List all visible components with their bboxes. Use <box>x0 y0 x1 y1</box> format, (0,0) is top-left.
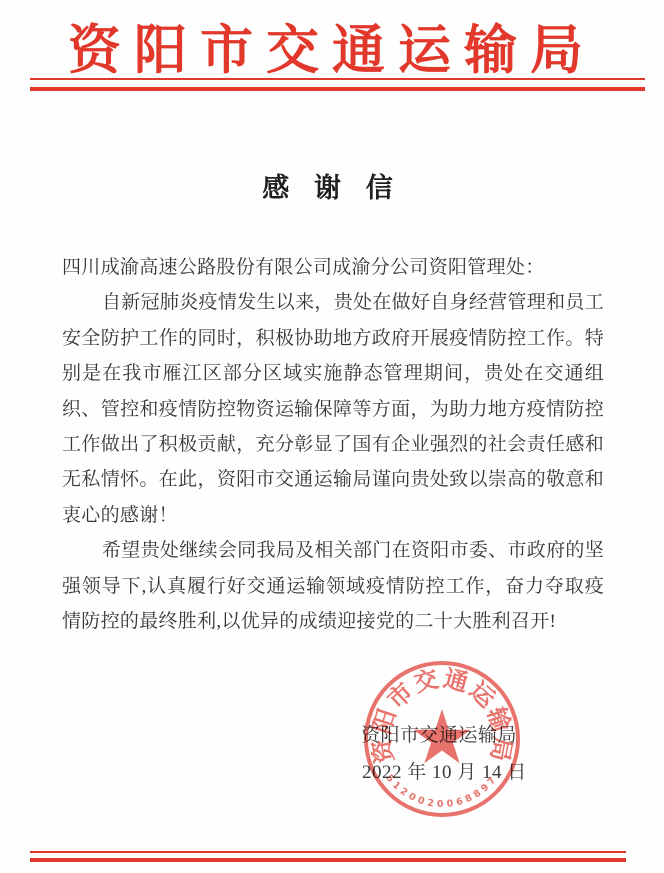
letter-body-line: 织、管控和疫情防控物资运输保障等方面，为助力地方疫情防控 <box>62 392 604 427</box>
official-seal: 资阳市交通运输局 5120020068897 <box>357 654 527 824</box>
letter-body-line: 别是在我市雁江区部分区域实施静态管理期间，贵处在交通组 <box>62 356 604 391</box>
letter-body-line: 情防控的最终胜利,以优异的成绩迎接党的二十大胜利召开! <box>62 604 604 639</box>
letter-body: 四川成渝高速公路股份有限公司成渝分公司资阳管理处： 自新冠肺炎疫情发生以来，贵处… <box>62 250 604 639</box>
letterhead-title: 资阳市交通运输局 <box>0 8 664 84</box>
letter-body-line: 无私情怀。在此，资阳市交通运输局谨向贵处致以崇高的敬意和 <box>62 462 604 497</box>
footer-divider-thin <box>30 851 626 853</box>
letter-body-line: 衷心的感谢！ <box>62 498 604 533</box>
letter-document: 资阳市交通运输局 感 谢 信 四川成渝高速公路股份有限公司成渝分公司资阳管理处：… <box>0 0 664 873</box>
letter-body-line: 工作做出了积极贡献，充分彰显了国有企业强烈的社会责任感和 <box>62 427 604 462</box>
letter-body-line: 四川成渝高速公路股份有限公司成渝分公司资阳管理处： <box>62 250 604 285</box>
letter-body-line: 自新冠肺炎疫情发生以来，贵处在做好自身经营管理和员工 <box>62 285 604 320</box>
letter-title: 感 谢 信 <box>0 166 664 205</box>
footer-divider-thick <box>30 858 626 862</box>
letter-body-line: 希望贵处继续会同我局及相关部门在资阳市委、市政府的坚 <box>62 533 604 568</box>
letter-body-line: 安全防护工作的同时，积极协助地方政府开展疫情防控工作。特 <box>62 321 604 356</box>
star-icon <box>414 709 471 763</box>
letterhead-divider-thick <box>30 87 645 91</box>
letterhead-divider-thin <box>30 78 645 80</box>
letter-body-line: 强领导下,认真履行好交通运输领域疫情防控工作，奋力夺取疫 <box>62 569 604 604</box>
